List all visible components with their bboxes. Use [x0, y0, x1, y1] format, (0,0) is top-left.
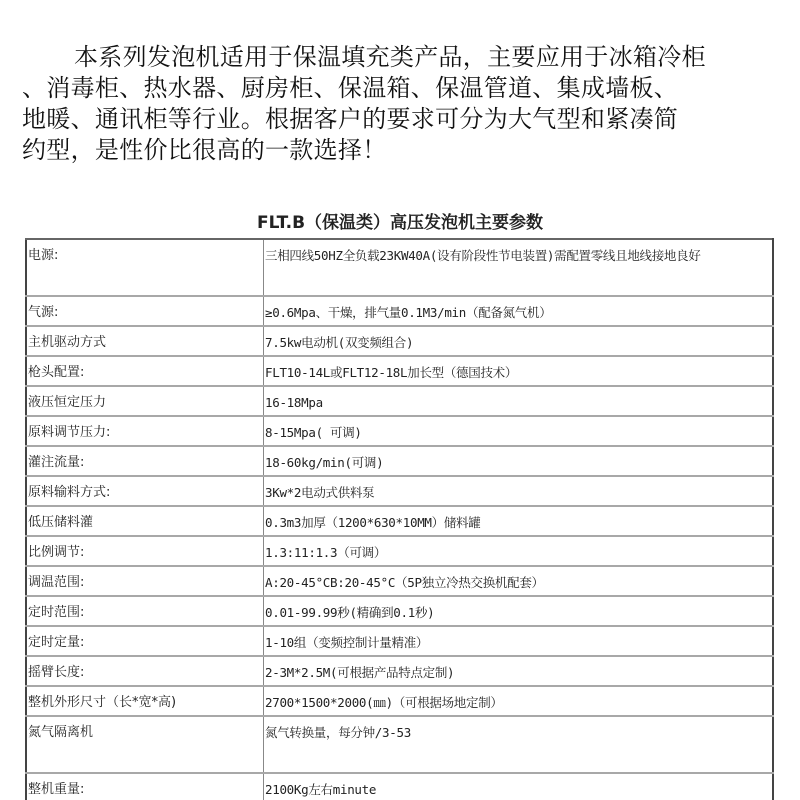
row-label: 整机外形尺寸（长*宽*高) — [26, 686, 264, 716]
row-value: 2-3M*2.5M(可根据产品特点定制) — [264, 656, 774, 686]
row-label: 整机重量: — [26, 773, 264, 800]
intro-line-4: 约型，是性价比很高的一款选择！ — [22, 136, 387, 164]
table-row: 液压恒定压力 16-18Mpa — [26, 386, 773, 416]
intro-line-2: 、消毒柜、热水器、厨房柜、保温箱、保温管道、集成墙板、 — [22, 74, 678, 102]
intro-paragraph: 本系列发泡机适用于保温填充类产品，主要应用于冰箱冷柜 、消毒柜、热水器、厨房柜、… — [22, 42, 782, 166]
row-value: 三相四线50HZ全负载23KW40A(设有阶段性节电装置)需配置零线且地线接地良… — [264, 239, 774, 296]
table-row: 调温范围: A:20-45°CB:20-45°C（5P独立冷热交换机配套） — [26, 566, 773, 596]
row-label: 原料输料方式: — [26, 476, 264, 506]
row-label: 气源: — [26, 296, 264, 326]
row-label: 液压恒定压力 — [26, 386, 264, 416]
row-value: ≥0.6Mpa、干燥，排气量0.1M3/min（配备氮气机） — [264, 296, 774, 326]
row-value: 0.3m3加厚（1200*630*10MM）储料罐 — [264, 506, 774, 536]
row-value: 1-10组（变频控制计量精准） — [264, 626, 774, 656]
row-label: 灌注流量: — [26, 446, 264, 476]
table-row: 气源: ≥0.6Mpa、干燥，排气量0.1M3/min（配备氮气机） — [26, 296, 773, 326]
row-value: 3Kw*2电动式供料泵 — [264, 476, 774, 506]
row-label: 定时范围: — [26, 596, 264, 626]
table-row: 比例调节: 1.3:11:1.3（可调） — [26, 536, 773, 566]
row-value: 8-15Mpa( 可调) — [264, 416, 774, 446]
row-value: 2100Kg左右minute — [264, 773, 774, 800]
row-value: 2700*1500*2000(㎜)（可根据场地定制） — [264, 686, 774, 716]
intro-line-3: 地暖、通讯柜等行业。根据客户的要求可分为大气型和紧凑简 — [22, 105, 678, 133]
table-row: 整机重量: 2100Kg左右minute — [26, 773, 773, 800]
table-row: 电源: 三相四线50HZ全负载23KW40A(设有阶段性节电装置)需配置零线且地… — [26, 239, 773, 296]
table-row: 氮气隔离机 氮气转换量，每分钟/3-53 — [26, 716, 773, 773]
table-title: FLT.B（保温类）高压发泡机主要参数 — [0, 208, 800, 233]
row-value: 18-60kg/min(可调) — [264, 446, 774, 476]
table-row: 枪头配置: FLT10-14L或FLT12-18L加长型（德国技术） — [26, 356, 773, 386]
row-label: 定时定量: — [26, 626, 264, 656]
table-row: 摇臂长度: 2-3M*2.5M(可根据产品特点定制) — [26, 656, 773, 686]
table-row: 灌注流量: 18-60kg/min(可调) — [26, 446, 773, 476]
table-row: 定时定量: 1-10组（变频控制计量精准） — [26, 626, 773, 656]
row-value: 16-18Mpa — [264, 386, 774, 416]
table-row: 原料输料方式: 3Kw*2电动式供料泵 — [26, 476, 773, 506]
row-label: 调温范围: — [26, 566, 264, 596]
table-row: 低压储料灌 0.3m3加厚（1200*630*10MM）储料罐 — [26, 506, 773, 536]
row-value: 7.5kw电动机(双变频组合) — [264, 326, 774, 356]
row-label: 低压储料灌 — [26, 506, 264, 536]
table-row: 原料调节压力: 8-15Mpa( 可调) — [26, 416, 773, 446]
row-label: 主机驱动方式 — [26, 326, 264, 356]
table-row: 整机外形尺寸（长*宽*高) 2700*1500*2000(㎜)（可根据场地定制） — [26, 686, 773, 716]
row-label: 枪头配置: — [26, 356, 264, 386]
row-value: 氮气转换量，每分钟/3-53 — [264, 716, 774, 773]
row-label: 比例调节: — [26, 536, 264, 566]
row-value: 1.3:11:1.3（可调） — [264, 536, 774, 566]
row-label: 电源: — [26, 239, 264, 296]
table-row: 定时范围: 0.01-99.99秒(精确到0.1秒) — [26, 596, 773, 626]
row-label: 原料调节压力: — [26, 416, 264, 446]
row-value: A:20-45°CB:20-45°C（5P独立冷热交换机配套） — [264, 566, 774, 596]
row-value: 0.01-99.99秒(精确到0.1秒) — [264, 596, 774, 626]
row-label: 氮气隔离机 — [26, 716, 264, 773]
spec-table: 电源: 三相四线50HZ全负载23KW40A(设有阶段性节电装置)需配置零线且地… — [25, 238, 774, 800]
row-value: FLT10-14L或FLT12-18L加长型（德国技术） — [264, 356, 774, 386]
table-row: 主机驱动方式 7.5kw电动机(双变频组合) — [26, 326, 773, 356]
intro-line-1: 本系列发泡机适用于保温填充类产品，主要应用于冰箱冷柜 — [74, 43, 706, 71]
row-label: 摇臂长度: — [26, 656, 264, 686]
